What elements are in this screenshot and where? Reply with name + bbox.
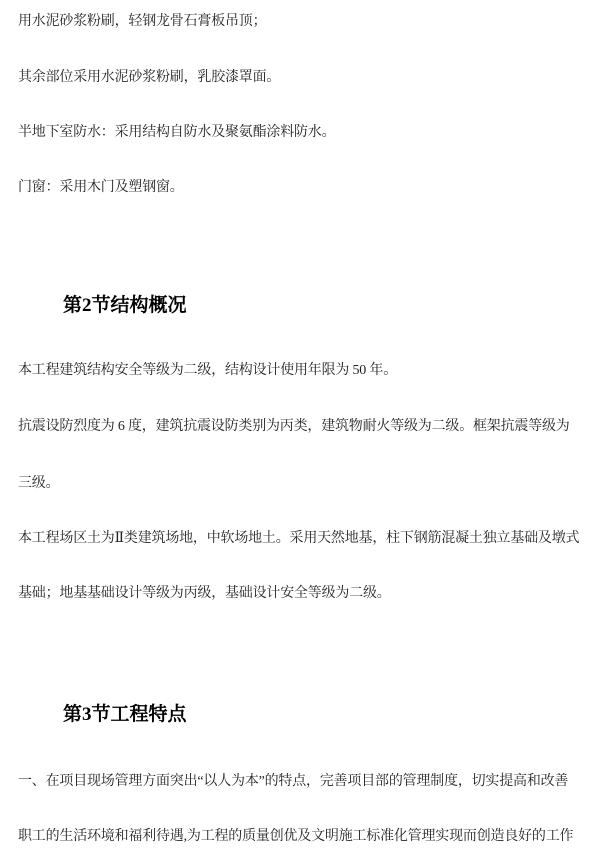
- paragraph-line: 门窗：采用木门及塑钢窗。: [18, 180, 184, 196]
- section-heading: 第3节工程特点: [63, 704, 187, 726]
- paragraph-line: 抗震设防烈度为 6 度，建筑抗震设防类别为丙类，建筑物耐火等级为二级。框架抗震等…: [18, 419, 570, 435]
- document-page: 用水泥砂浆粉刷，轻钢龙骨石膏板吊顶； 其余部位采用水泥砂浆粉刷，乳胶漆罩面。 半…: [0, 0, 610, 863]
- paragraph-line: 职工的生活环境和福利待遇,为工程的质量创优及文明施工标准化管理实现而创造良好的工…: [18, 829, 573, 845]
- paragraph-line: 用水泥砂浆粉刷，轻钢龙骨石膏板吊顶；: [18, 14, 266, 30]
- paragraph-line: 基础；地基基础设计等级为丙级，基础设计安全等级为二级。: [18, 586, 391, 602]
- paragraph-line: 半地下室防水：采用结构自防水及聚氨酯涂料防水。: [18, 125, 335, 141]
- paragraph-line: 其余部位采用水泥砂浆粉刷，乳胶漆罩面。: [18, 70, 280, 86]
- section-heading: 第2节结构概况: [63, 295, 187, 317]
- paragraph-line: 本工程建筑结构安全等级为二级，结构设计使用年限为 50 年。: [18, 363, 397, 379]
- paragraph-line: 一、在项目现场管理方面突出“以人为本”的特点，完善项目部的管理制度，切实提高和改…: [18, 774, 568, 790]
- paragraph-line: 本工程场区土为Ⅱ类建筑场地，中软场地土。采用天然地基，柱下钢筋混凝土独立基础及墩…: [18, 531, 579, 547]
- paragraph-line: 三级。: [18, 476, 59, 492]
